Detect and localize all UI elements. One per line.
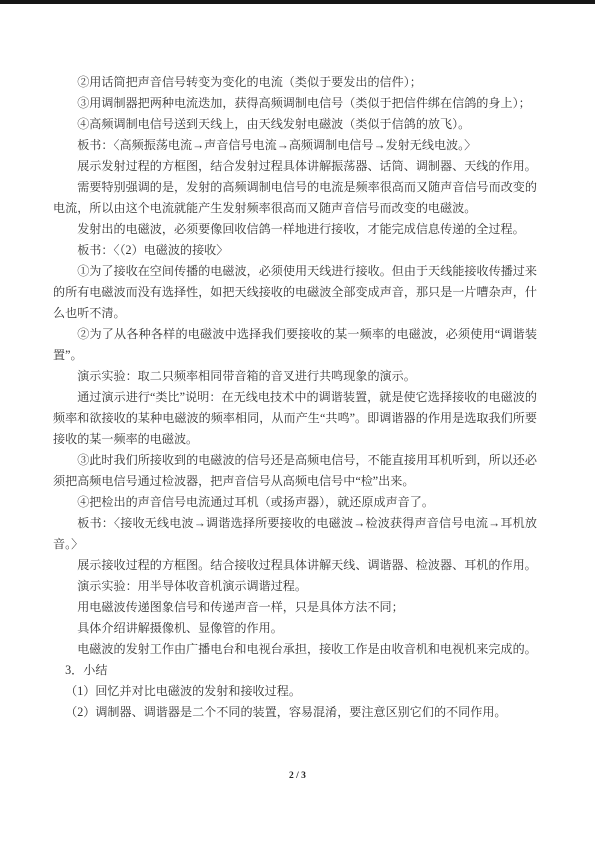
paragraph: 展示接收过程的方框图。结合接收过程具体讲解天线、调谐器、检波器、耳机的作用。 [53,555,537,576]
paragraph: 用电磁波传递图象信号和传递声音一样，只是具体方法不同； [53,597,537,618]
paragraph: ③此时我们所接收到的电磁波的信号还是高频电信号，不能直接用耳机听到，所以还必须把… [53,450,537,492]
paragraph-banshu: 板书：〈（2）电磁波的接收〉 [53,240,537,261]
paragraph: 演示实验：取二只频率相同带音箱的音叉进行共鸣现象的演示。 [53,366,537,387]
paragraph: ④高频调制电信号送到天线上，由天线发射电磁波（类似于信鸽的放飞）。 [53,114,537,135]
summary-item: （2）调制器、调谐器是二个不同的装置，容易混淆，要注意区别它们的不同作用。 [53,702,537,723]
scan-edge-bar [0,0,595,4]
paragraph-banshu: 板书：〈高频振荡电流→声音信号电流→高频调制电信号→发射无线电波。〉 [53,135,537,156]
paragraph: 电磁波的发射工作由广播电台和电视台承担，接收工作是由收音机和电视机来完成的。 [53,639,537,660]
paragraph: 需要特别强调的是，发射的高频调制电信号的电流是频率很高而又随声音信号而改变的电流… [53,177,537,219]
paragraph: ②用话筒把声音信号转变为变化的电流（类似于要发出的信件）； [53,72,537,93]
paragraph: 具体介绍讲解摄像机、显像管的作用。 [53,618,537,639]
summary-item: （1）回忆并对比电磁波的发射和接收过程。 [53,681,537,702]
document-body: ②用话筒把声音信号转变为变化的电流（类似于要发出的信件）； ③用调制器把两种电流… [53,72,537,723]
paragraph: ③用调制器把两种电流迭加，获得高频调制电信号（类似于把信件绑在信鸽的身上）； [53,93,537,114]
paragraph: 通过演示进行“类比”说明：在无线电技术中的调谐装置，就是使它选择接收的电磁波的频… [53,387,537,450]
paragraph: ②为了从各种各样的电磁波中选择我们要接收的某一频率的电磁波，必须使用“调谐装置”… [53,324,537,366]
paragraph: ④把检出的声音信号电流通过耳机（或扬声器），就还原成声音了。 [53,492,537,513]
section-heading-summary: 3．小结 [53,660,537,681]
paragraph: 演示实验：用半导体收音机演示调谐过程。 [53,576,537,597]
paragraph: ①为了接收在空间传播的电磁波，必须使用天线进行接收。但由于天线能接收传播过来的所… [53,261,537,324]
paragraph-banshu: 板书：〈接收无线电波→调谐选择所要接收的电磁波→检波获得声音信号电流→耳机放音。… [53,513,537,555]
paragraph: 展示发射过程的方框图，结合发射过程具体讲解振荡器、话筒、调制器、天线的作用。 [53,156,537,177]
paragraph: 发射出的电磁波，必须要像回收信鸽一样地进行接收，才能完成信息传递的全过程。 [53,219,537,240]
page-number-indicator: 2 / 3 [289,771,306,781]
page-footer: 2 / 3 [0,769,595,783]
